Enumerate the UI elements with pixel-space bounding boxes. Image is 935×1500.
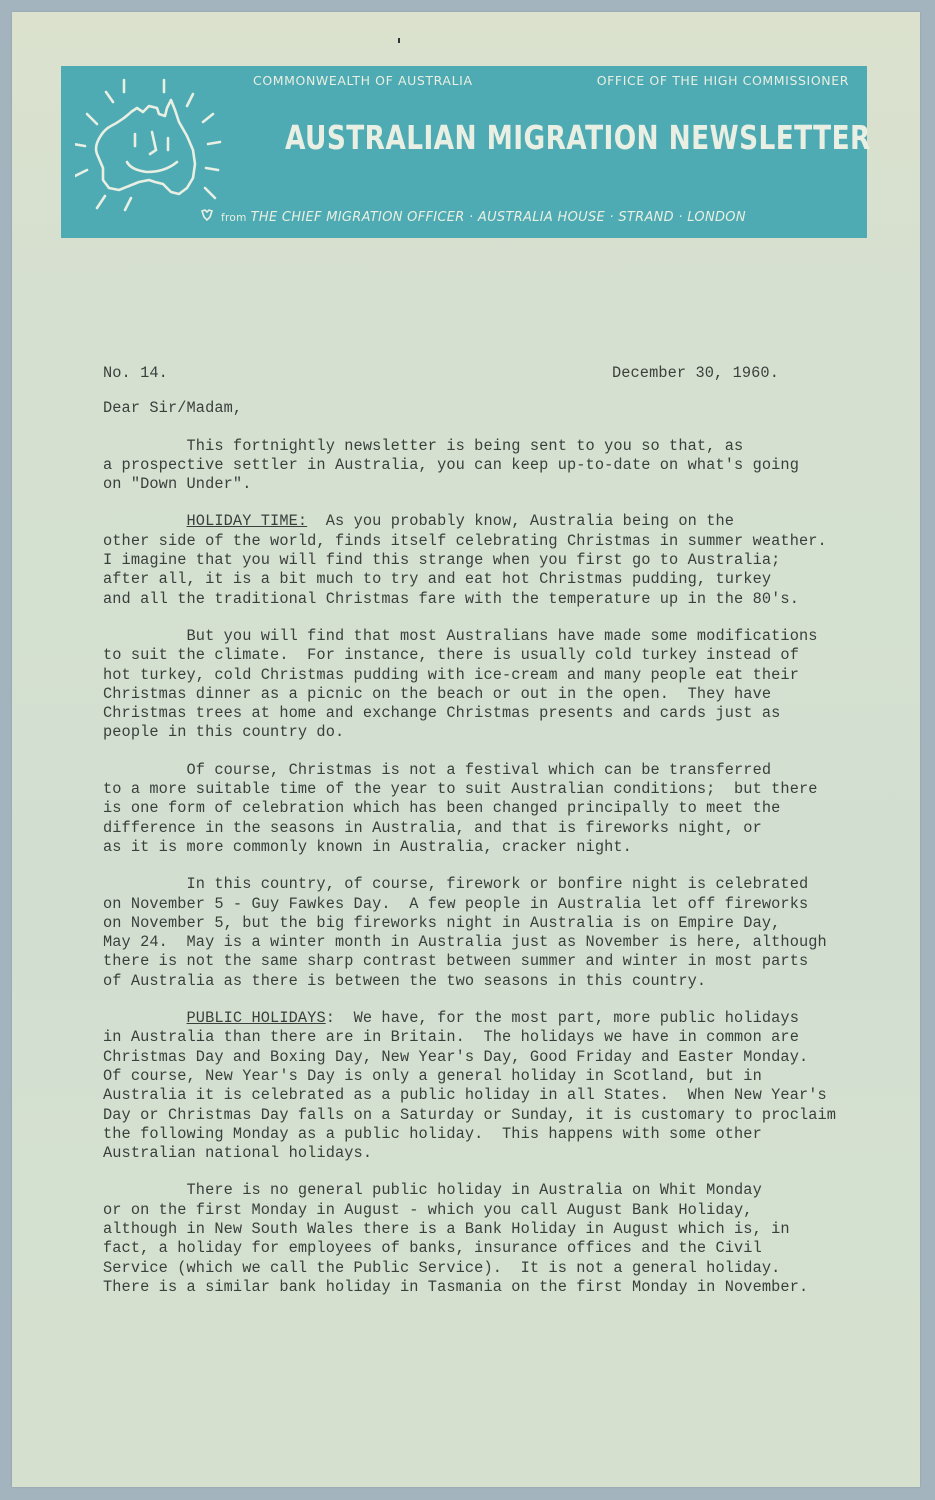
commonwealth-label: COMMONWEALTH OF AUSTRALIA bbox=[253, 73, 473, 88]
text-line: people in this country do. bbox=[103, 723, 873, 742]
salutation: Dear Sir/Madam, bbox=[103, 399, 873, 418]
issue-number: No. 14. bbox=[103, 364, 168, 383]
text-line: Of course, Christmas is not a festival w… bbox=[103, 761, 873, 780]
letter-date: December 30, 1960. bbox=[612, 364, 779, 383]
from-prefix: from bbox=[221, 212, 247, 224]
text-line: hot turkey, cold Christmas pudding with … bbox=[103, 666, 873, 685]
text-line: as it is more commonly known in Australi… bbox=[103, 838, 873, 857]
text-line: But you will find that most Australians … bbox=[103, 627, 873, 646]
text-line: There is no general public holiday in Au… bbox=[103, 1181, 873, 1200]
text-line: Christmas dinner as a picnic on the beac… bbox=[103, 685, 873, 704]
text-line: Australia it is celebrated as a public h… bbox=[103, 1086, 873, 1105]
text-line: the following Monday as a public holiday… bbox=[103, 1125, 873, 1144]
text-line: This fortnightly newsletter is being sen… bbox=[103, 437, 873, 456]
text-line: a prospective settler in Australia, you … bbox=[103, 456, 873, 475]
newsletter-title: AUSTRALIAN MIGRATION NEWSLETTER bbox=[285, 118, 736, 157]
paragraph-fireworks: Of course, Christmas is not a festival w… bbox=[103, 761, 873, 857]
text-line: in Australia than there are in Britain. … bbox=[103, 1028, 873, 1047]
text-fragment: As you probably know, Australia being on… bbox=[307, 512, 734, 530]
text-line: of Australia as there is between the two… bbox=[103, 972, 873, 991]
text-line: PUBLIC HOLIDAYS: We have, for the most p… bbox=[103, 1009, 873, 1028]
high-commissioner-label: OFFICE OF THE HIGH COMMISSIONER bbox=[597, 73, 849, 88]
letterhead-from-line: from THE CHIEF MIGRATION OFFICER · AUSTR… bbox=[201, 209, 746, 225]
text-line: and all the traditional Christmas fare w… bbox=[103, 590, 873, 609]
paragraph-guy-fawkes: In this country, of course, firework or … bbox=[103, 875, 873, 991]
paragraph-intro: This fortnightly newsletter is being sen… bbox=[103, 437, 873, 495]
section-heading-holiday-time: HOLIDAY TIME: bbox=[187, 512, 308, 530]
text-line: HOLIDAY TIME: As you probably know, Aust… bbox=[103, 512, 873, 531]
text-line: Of course, New Year's Day is only a gene… bbox=[103, 1067, 873, 1086]
text-line: on "Down Under". bbox=[103, 475, 873, 494]
text-line: In this country, of course, firework or … bbox=[103, 875, 873, 894]
tasmania-icon bbox=[201, 209, 213, 221]
text-line: to a more suitable time of the year to s… bbox=[103, 780, 873, 799]
text-line: Christmas trees at home and exchange Chr… bbox=[103, 704, 873, 723]
text-line: to suit the climate. For instance, there… bbox=[103, 646, 873, 665]
text-line: Christmas Day and Boxing Day, New Year's… bbox=[103, 1048, 873, 1067]
section-heading-public-holidays: PUBLIC HOLIDAYS bbox=[187, 1009, 326, 1027]
text-line: May 24. May is a winter month in Austral… bbox=[103, 933, 873, 952]
text-line: or on the first Monday in August - which… bbox=[103, 1201, 873, 1220]
text-line: is one form of celebration which has bee… bbox=[103, 799, 873, 818]
text-line: There is a similar bank holiday in Tasma… bbox=[103, 1278, 873, 1297]
text-line: I imagine that you will find this strang… bbox=[103, 551, 873, 570]
letter-body: No. 14. December 30, 1960. Dear Sir/Mada… bbox=[103, 364, 873, 1297]
text-line: Service (which we call the Public Servic… bbox=[103, 1259, 873, 1278]
text-line: there is not the same sharp contrast bet… bbox=[103, 952, 873, 971]
text-line: Day or Christmas Day falls on a Saturday… bbox=[103, 1106, 873, 1125]
sender-address: THE CHIEF MIGRATION OFFICER · AUSTRALIA … bbox=[251, 210, 746, 225]
text-line: fact, a holiday for employees of banks, … bbox=[103, 1239, 873, 1258]
text-line: although in New South Wales there is a B… bbox=[103, 1220, 873, 1239]
paragraph-bank-holidays: There is no general public holiday in Au… bbox=[103, 1181, 873, 1297]
text-line: on November 5 - Guy Fawkes Day. A few pe… bbox=[103, 895, 873, 914]
paragraph-holiday-time: HOLIDAY TIME: As you probably know, Aust… bbox=[103, 512, 873, 608]
text-line: other side of the world, finds itself ce… bbox=[103, 532, 873, 551]
smiling-australia-map-icon bbox=[75, 70, 265, 230]
text-line: after all, it is a bit much to try and e… bbox=[103, 570, 873, 589]
ink-mark bbox=[398, 38, 400, 43]
letterhead-top-line: COMMONWEALTH OF AUSTRALIA OFFICE OF THE … bbox=[253, 73, 849, 88]
paragraph-modifications: But you will find that most Australians … bbox=[103, 627, 873, 743]
text-line: Australian national holidays. bbox=[103, 1144, 873, 1163]
text-line: on November 5, but the big fireworks nig… bbox=[103, 914, 873, 933]
paragraph-public-holidays: PUBLIC HOLIDAYS: We have, for the most p… bbox=[103, 1009, 873, 1163]
letter-meta: No. 14. December 30, 1960. bbox=[103, 364, 779, 383]
text-fragment: : We have, for the most part, more publi… bbox=[326, 1009, 799, 1027]
letterhead-banner: COMMONWEALTH OF AUSTRALIA OFFICE OF THE … bbox=[61, 66, 867, 238]
text-line: difference in the seasons in Australia, … bbox=[103, 819, 873, 838]
